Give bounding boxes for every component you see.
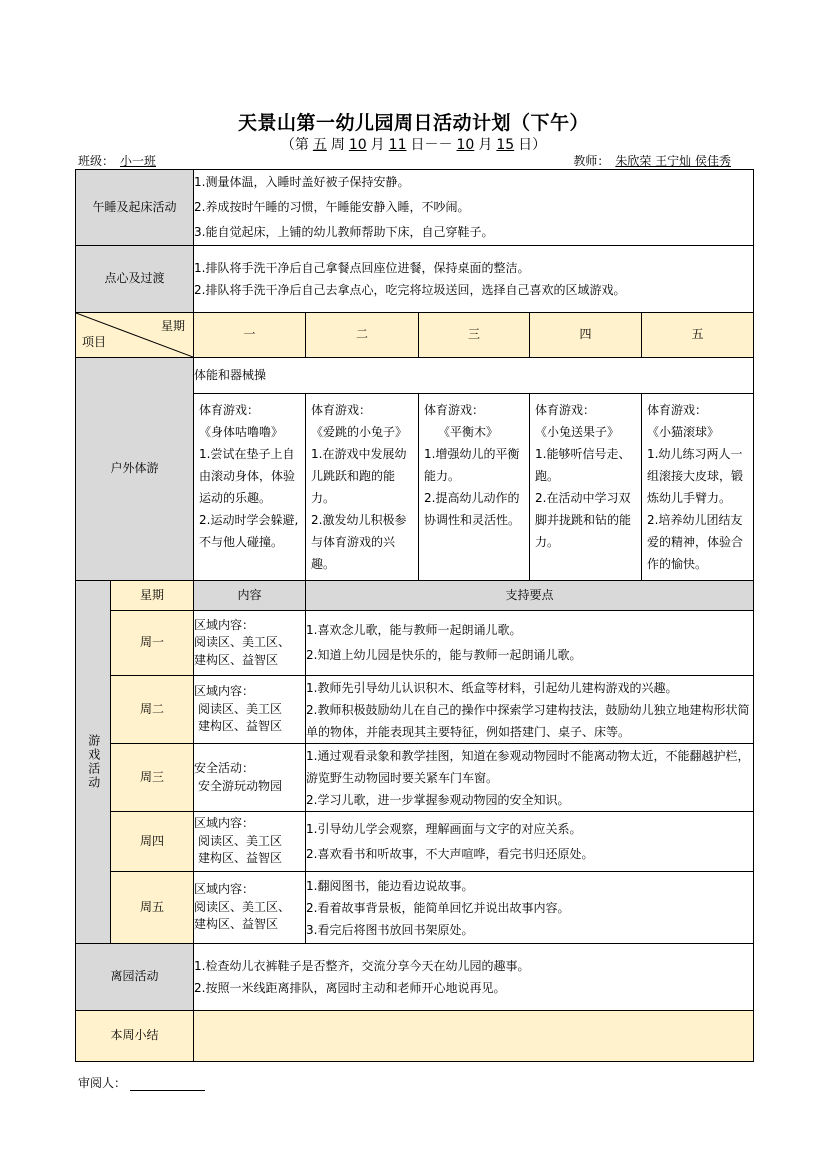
snack-row: 点心及过渡 1.排队将手洗干净后自己拿餐点回座位进餐，保持桌面的整洁。 2.排队…	[76, 246, 754, 313]
games-row-tue: 周二 区域内容： 阅读区、美工区 建构区、益智区 1.教师先引导幼儿认识积木、纸…	[76, 676, 754, 744]
teacher-value: 朱欣荣 王宁灿 侯佳秀	[609, 152, 737, 169]
week-header-row: 星期 项目 一 二 三 四 五	[76, 313, 754, 358]
games-col-day: 星期	[111, 581, 194, 611]
activity-plan-table: 午睡及起床活动 1.测量体温，入睡时盖好被子保持安静。 2.养成按时午睡的习惯，…	[75, 169, 754, 1062]
day-header-3: 三	[419, 313, 530, 358]
outdoor-game-4: 体育游戏： 《小兔送果子》 1.能够听信号走、跑。 2.在活动中学习双脚并拢跳和…	[530, 394, 642, 581]
games-points-tue: 1.教师先引导幼儿认识积木、纸盒等材料，引起幼儿建构游戏的兴趣。 2.教师积极鼓…	[306, 676, 754, 744]
nap-row: 午睡及起床活动 1.测量体温，入睡时盖好被子保持安静。 2.养成按时午睡的习惯，…	[76, 170, 754, 246]
games-col-content: 内容	[194, 581, 306, 611]
start-day: 11	[385, 137, 411, 153]
outdoor-game-3: 体育游戏： 《平衡木》 1.增强幼儿的平衡能力。 2.提高幼儿动作的协调性和灵活…	[419, 394, 530, 581]
leave-row: 离园活动 1.检查幼儿衣裤鞋子是否整齐，交流分享今天在幼儿园的趣事。 2.按照一…	[76, 944, 754, 1011]
teacher-info: 教师：朱欣荣 王宁灿 侯佳秀	[573, 152, 737, 169]
outdoor-common: 体能和器械操	[194, 358, 754, 394]
games-row-wed: 周三 安全活动： 安全游玩动物园 1.通过观看录象和教学挂图，知道在参观动物园时…	[76, 744, 754, 812]
corner-weekday-label: 星期	[161, 318, 185, 335]
leave-content: 1.检查幼儿衣裤鞋子是否整齐，交流分享今天在幼儿园的趣事。 2.按照一米线距离排…	[194, 944, 754, 1011]
corner-cell: 星期 项目	[76, 313, 194, 358]
reviewer-signature-line[interactable]	[130, 1078, 205, 1091]
date-range: （第五周10月11日－－10月15日）	[0, 134, 827, 154]
outdoor-game-2: 体育游戏： 《爱跳的小兔子》 1.在游戏中发展幼儿跳跃和跑的能力。 2.激发幼儿…	[306, 394, 419, 581]
snack-content: 1.排队将手洗干净后自己拿餐点回座位进餐，保持桌面的整洁。 2.排队将手洗干净后…	[194, 246, 754, 313]
teacher-label: 教师：	[573, 154, 609, 168]
games-points-mon: 1.喜欢念儿歌，能与教师一起朗诵儿歌。 2.知道上幼儿园是快乐的，能与教师一起朗…	[306, 611, 754, 676]
games-points-thu: 1.引导幼儿学会观察，理解画面与文字的对应关系。 2.喜欢看书和听故事，不大声喧…	[306, 812, 754, 872]
outdoor-common-row: 户外体游 体能和器械操	[76, 358, 754, 394]
games-row-mon: 周一 区域内容： 阅读区、美工区、 建构区、益智区 1.喜欢念儿歌，能与教师一起…	[76, 611, 754, 676]
page-title: 天景山第一幼儿园周日活动计划（下午）	[0, 108, 827, 135]
day-header-1: 一	[194, 313, 306, 358]
games-label: 游戏活动	[76, 581, 111, 944]
reviewer-label: 审阅人：	[78, 1076, 126, 1090]
games-day-thu: 周四	[111, 812, 194, 872]
games-points-wed: 1.通过观看录象和教学挂图，知道在参观动物园时不能离动物太近，不能翻越护栏，游览…	[306, 744, 754, 812]
class-label: 班级：	[78, 154, 114, 168]
games-header-row: 游戏活动 星期 内容 支持要点	[76, 581, 754, 611]
games-content-wed: 安全活动： 安全游玩动物园	[194, 744, 306, 812]
outdoor-label: 户外体游	[76, 358, 194, 581]
games-row-fri: 周五 区域内容： 阅读区、美工区、 建构区、益智区 1.翻阅图书，能边看边说故事…	[76, 872, 754, 944]
summary-content[interactable]	[194, 1011, 754, 1062]
end-day: 15	[492, 137, 518, 153]
games-day-mon: 周一	[111, 611, 194, 676]
games-day-wed: 周三	[111, 744, 194, 812]
games-content-fri: 区域内容： 阅读区、美工区、 建构区、益智区	[194, 872, 306, 944]
corner-item-label: 项目	[82, 334, 106, 351]
summary-row: 本周小结	[76, 1011, 754, 1062]
outdoor-game-5: 体育游戏： 《小猫滚球》 1.幼儿练习两人一组滚接大皮球，锻炼幼儿手臂力。 2.…	[642, 394, 754, 581]
summary-label: 本周小结	[76, 1011, 194, 1062]
games-col-support: 支持要点	[306, 581, 754, 611]
class-info: 班级：小一班	[78, 152, 221, 169]
nap-content: 1.测量体温，入睡时盖好被子保持安静。 2.养成按时午睡的习惯，午睡能安静入睡，…	[194, 170, 754, 246]
start-month: 10	[345, 137, 371, 153]
games-content-tue: 区域内容： 阅读区、美工区 建构区、益智区	[194, 676, 306, 744]
nap-label: 午睡及起床活动	[76, 170, 194, 246]
games-content-mon: 区域内容： 阅读区、美工区、 建构区、益智区	[194, 611, 306, 676]
outdoor-game-1: 体育游戏： 《身体咕噜噜》 1.尝试在垫子上自由滚动身体，体验运动的乐趣。 2.…	[194, 394, 306, 581]
end-month: 10	[453, 137, 479, 153]
class-value: 小一班	[114, 152, 221, 169]
games-content-thu: 区域内容： 阅读区、美工区 建构区、益智区	[194, 812, 306, 872]
games-day-tue: 周二	[111, 676, 194, 744]
day-header-4: 四	[530, 313, 642, 358]
games-day-fri: 周五	[111, 872, 194, 944]
reviewer-signature: 审阅人：	[78, 1074, 205, 1091]
leave-label: 离园活动	[76, 944, 194, 1011]
week-number: 五	[309, 137, 331, 153]
day-header-5: 五	[642, 313, 754, 358]
games-points-fri: 1.翻阅图书，能边看边说故事。 2.看着故事背景板，能简单回忆并说出故事内容。 …	[306, 872, 754, 944]
snack-label: 点心及过渡	[76, 246, 194, 313]
day-header-2: 二	[306, 313, 419, 358]
games-row-thu: 周四 区域内容： 阅读区、美工区 建构区、益智区 1.引导幼儿学会观察，理解画面…	[76, 812, 754, 872]
